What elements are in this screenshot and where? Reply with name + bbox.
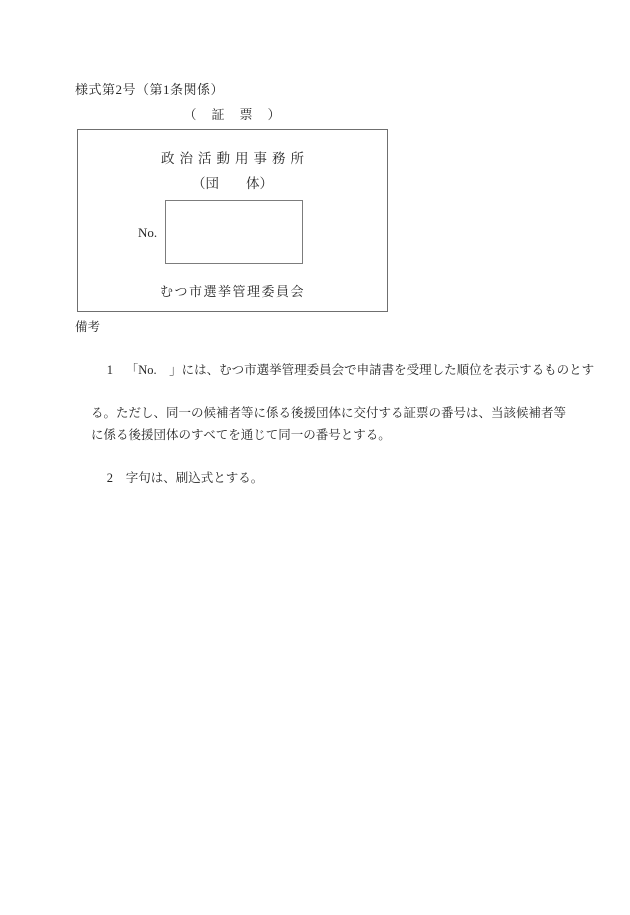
number-label: No.: [138, 225, 157, 241]
form-number-label: 様式第2号（第1条関係）: [75, 79, 224, 98]
remarks-item-line: に係る後援団体のすべてを通じて同一の番号とする。: [75, 425, 570, 447]
remarks-item-text: 字句は、刷込式とする。: [126, 471, 264, 485]
remarks-item-text: 「No. 」には、むつ市選挙管理委員会で申請書を受理した順位を表示するものとす: [126, 363, 594, 377]
organization-type: （団 体）: [78, 172, 387, 192]
remarks-heading: 備考: [75, 317, 570, 339]
ticket-caption: （ 証 票 ）: [77, 104, 388, 123]
committee-name: むつ市選挙管理委員会: [78, 281, 387, 300]
remarks-item-number: 1: [107, 360, 126, 382]
remarks-item-number: 2: [107, 468, 126, 490]
document-page: 様式第2号（第1条関係） （ 証 票 ） 政治活動用事務所 （団 体） No. …: [0, 0, 630, 915]
office-title: 政治活動用事務所: [78, 147, 387, 167]
ticket-frame: 政治活動用事務所 （団 体） No. むつ市選挙管理委員会: [77, 129, 388, 312]
remarks-item-line: る。ただし、同一の候補者等に係る後援団体に交付する証票の番号は、当該候補者等: [75, 403, 570, 425]
number-field-box: [165, 200, 303, 264]
remarks-item-line: 2字句は、刷込式とする。: [75, 446, 570, 511]
remarks-section: 備考 1「No. 」には、むつ市選挙管理委員会で申請書を受理した順位を表示するも…: [75, 317, 570, 511]
remarks-item-line: 1「No. 」には、むつ市選挙管理委員会で申請書を受理した順位を表示するものとす: [75, 339, 570, 404]
